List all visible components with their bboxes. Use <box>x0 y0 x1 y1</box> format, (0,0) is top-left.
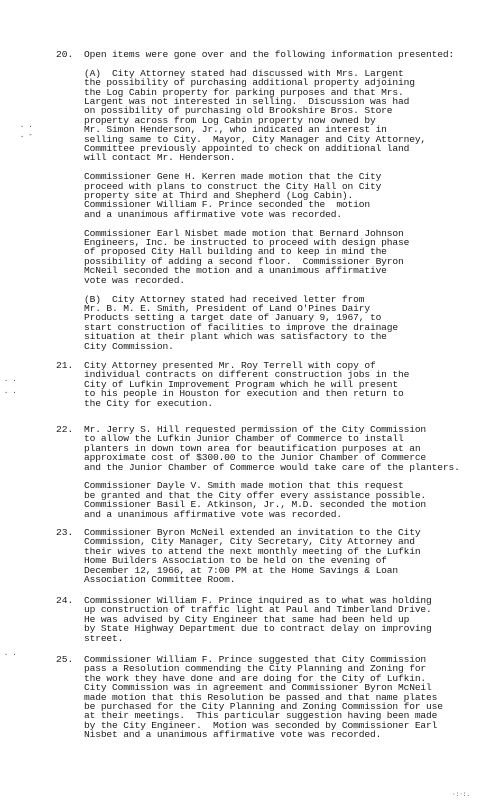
text-line: Nisbet and a unanimous affirmative vote … <box>84 730 482 739</box>
item-body: Open items were gone over and the follow… <box>84 50 482 351</box>
text-line: City Commission. <box>84 342 482 351</box>
margin-scan-mark: . . <box>4 388 17 396</box>
text-line: by State Highway Department due to contr… <box>84 624 482 633</box>
paragraph: Commissioner William F. Prince inquired … <box>84 596 482 643</box>
text-line: Association Committee Room. <box>84 575 482 584</box>
item-number: 22. <box>56 425 73 434</box>
text-line: and a unanimous affirmative vote was rec… <box>84 510 482 519</box>
text-line: street. <box>84 634 482 643</box>
item-body: Commissioner William F. Prince suggested… <box>84 655 482 740</box>
item-number: 21. <box>56 361 73 370</box>
minutes-item-21: 21.City Attorney presented Mr. Roy Terre… <box>56 361 482 408</box>
paragraph: Commissioner Dayle V. Smith made motion … <box>84 481 482 519</box>
paragraph: (A) City Attorney stated had discussed w… <box>84 69 482 163</box>
text-line: and the Junior Chamber of Commerce would… <box>84 463 482 472</box>
text-line: vote was recorded. <box>84 276 482 285</box>
minutes-item-23: 23.Commissioner Byron McNeil extended an… <box>56 528 482 584</box>
paragraph: Commissioner Gene H. Kerren made motion … <box>84 172 482 219</box>
item-number: 24. <box>56 596 73 605</box>
text-line: will contact Mr. Henderson. <box>84 153 482 162</box>
item-number: 23. <box>56 528 73 537</box>
item-body: Commissioner William F. Prince inquired … <box>84 596 482 643</box>
footer-page-mark: ·:·:. <box>452 791 470 798</box>
item-body: City Attorney presented Mr. Roy Terrell … <box>84 361 482 408</box>
margin-scan-mark: . . <box>4 376 17 384</box>
item-number: 25. <box>56 655 73 664</box>
text-line: and a unanimous affirmative vote was rec… <box>84 210 482 219</box>
paragraph: Open items were gone over and the follow… <box>84 50 482 59</box>
paragraph: Commissioner Byron McNeil extended an in… <box>84 528 482 584</box>
paragraph: City Attorney presented Mr. Roy Terrell … <box>84 361 482 408</box>
minutes-item-22: 22.Mr. Jerry S. Hill requested permissio… <box>56 425 482 519</box>
margin-scan-mark: . . <box>20 122 33 130</box>
paragraph: Commissioner William F. Prince suggested… <box>84 655 482 740</box>
item-body: Commissioner Byron McNeil extended an in… <box>84 528 482 584</box>
paragraph: (B) City Attorney stated had received le… <box>84 295 482 351</box>
paragraph: Commissioner Earl Nisbet made motion tha… <box>84 229 482 285</box>
item-body: Mr. Jerry S. Hill requested permission o… <box>84 425 482 519</box>
minutes-item-20: 20.Open items were gone over and the fol… <box>56 50 482 351</box>
minutes-item-25: 25.Commissioner William F. Prince sugges… <box>56 655 482 740</box>
text-line: the City for execution. <box>84 399 482 408</box>
item-number: 20. <box>56 50 73 59</box>
margin-scan-mark: . - <box>20 132 33 140</box>
margin-scan-mark: . . <box>4 650 17 658</box>
minutes-item-24: 24.Commissioner William F. Prince inquir… <box>56 596 482 643</box>
document-page: 20.Open items were gone over and the fol… <box>0 0 488 800</box>
paragraph: Mr. Jerry S. Hill requested permission o… <box>84 425 482 472</box>
text-line: Open items were gone over and the follow… <box>84 50 482 59</box>
